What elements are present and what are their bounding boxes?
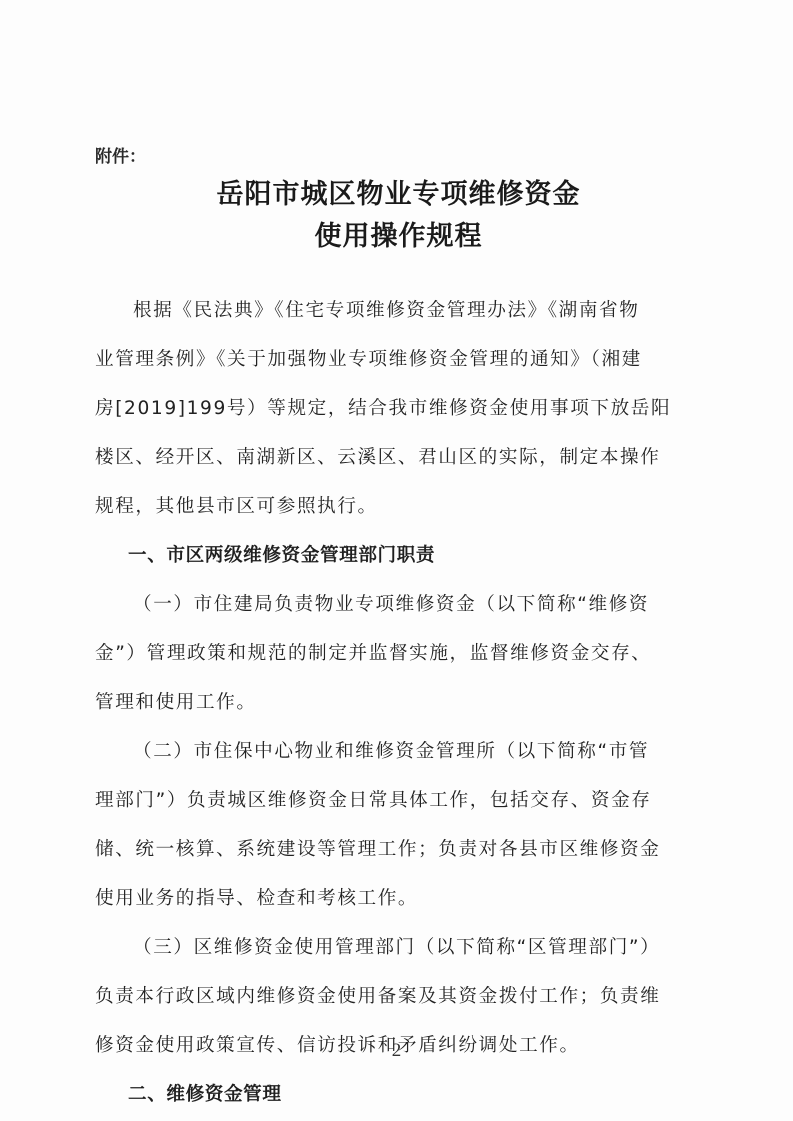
page-number: 2 [0,1040,793,1062]
section-2-heading: 二、维修资金管理 [128,1080,282,1106]
document-page: 附件： 岳阳市城区物业专项维修资金 使用操作规程 根据《民法典》《住宅专项维修资… [0,0,793,1121]
intro-paragraph-line: 规程，其他县市区可参照执行。 [95,492,705,518]
section-1-item-2-line: （二）市住保中心物业和维修资金管理所（以下简称“市管 [133,737,743,763]
intro-paragraph-line: 根据《民法典》《住宅专项维修资金管理办法》《湖南省物 [133,296,743,322]
intro-paragraph-line: 房[2019]199号）等规定，结合我市维修资金使用事项下放岳阳 [95,394,705,420]
intro-paragraph-line: 业管理条例》《关于加强物业专项维修资金管理的通知》（湘建 [95,345,705,371]
section-1-item-3-line: 负责本行政区域内维修资金使用备案及其资金拨付工作；负责维 [95,982,705,1008]
section-1-item-2-line: 储、统一核算、系统建设等管理工作；负责对各县市区维修资金 [95,835,705,861]
section-1-item-2-line: 理部门”）负责城区维修资金日常具体工作，包括交存、资金存 [95,786,705,812]
document-title-line-1: 岳阳市城区物业专项维修资金 [2,172,793,211]
section-1-item-3-line: （三）区维修资金使用管理部门（以下简称“区管理部门”） [133,933,743,959]
document-title-line-2: 使用操作规程 [2,214,793,253]
intro-paragraph-line: 楼区、经开区、南湖新区、云溪区、君山区的实际，制定本操作 [95,443,705,469]
attachment-label: 附件： [95,142,146,167]
section-1-item-1-line: （一）市住建局负责物业专项维修资金（以下简称“维修资 [133,590,743,616]
section-1-item-2-line: 使用业务的指导、检查和考核工作。 [95,884,705,910]
section-1-heading: 一、市区两级维修资金管理部门职责 [128,541,435,567]
section-1-item-1-line: 管理和使用工作。 [95,688,705,714]
section-1-item-1-line: 金”）管理政策和规范的制定并监督实施，监督维修资金交存、 [95,639,705,665]
